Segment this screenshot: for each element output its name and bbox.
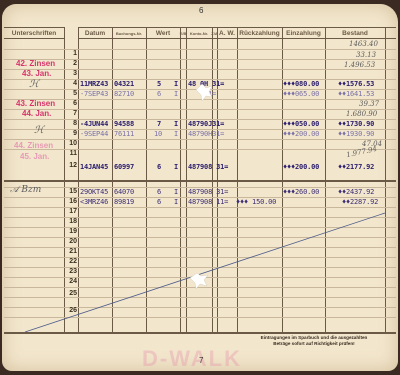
col-header-date: Datum — [78, 27, 112, 39]
entry-date: 29OKT45 — [80, 188, 108, 196]
entry-booking-no: 89819 — [114, 198, 134, 206]
col-header-deposit: Einzahlung — [282, 27, 325, 39]
entry-deposit: ♦♦♦080.00 — [283, 80, 319, 88]
interest-stamp: 44. Zinsen — [14, 141, 53, 150]
entry-booking-no: 64070 — [114, 188, 134, 196]
entry-date: 11MRZ43 — [80, 80, 108, 88]
entry-code: I — [174, 198, 178, 206]
entry-code: I — [174, 130, 178, 138]
entry-balance: ♦♦2437.92 — [338, 188, 374, 196]
row-number: 25 — [65, 290, 77, 297]
interest-stamp: 42. Zinsen — [16, 59, 55, 68]
row-number: 15 — [65, 188, 77, 195]
row-number: 21 — [65, 248, 77, 255]
entry-booking-no: 60997 — [114, 163, 134, 171]
year-stamp: 44. Jan. — [22, 109, 51, 118]
entry-date: <3MRZ46 — [80, 198, 108, 206]
entry-code: I — [174, 80, 178, 88]
col-header-value: Wert — [146, 27, 180, 39]
row-line — [4, 317, 396, 318]
entry-value: 5 — [157, 80, 161, 88]
handwritten-balance: 1463.40 — [349, 40, 378, 48]
entry-account: 487908 11= — [188, 198, 228, 206]
row-line — [4, 237, 396, 238]
row-number: 3 — [65, 70, 77, 77]
row-line — [4, 257, 396, 258]
page-number-top: 6 — [199, 6, 203, 15]
row-number: 8 — [65, 120, 77, 127]
entry-withdrawal: ♦♦♦ 150.00 — [236, 198, 276, 206]
row-number: 2 — [65, 60, 77, 67]
entry-deposit: ♦♦♦200.00 — [283, 163, 319, 171]
row-line — [4, 217, 396, 218]
row-number: 7 — [65, 110, 77, 117]
row-line — [4, 297, 396, 298]
signature: ℋ — [34, 125, 44, 136]
footer-notice: Eintragungen im Sparbuch und die ausgeza… — [234, 335, 394, 347]
page-number-bottom: 7 — [199, 356, 203, 365]
entry-balance: ♦♦1730.90 — [338, 120, 374, 128]
entry-booking-no: 76111 — [114, 130, 134, 138]
row-line — [4, 307, 396, 308]
page-fold-line — [4, 180, 396, 182]
row-number: 5 — [65, 90, 77, 97]
entry-booking-no: 82710 — [114, 90, 134, 98]
entry-booking-no: 94588 — [114, 120, 134, 128]
row-number: 11 — [65, 150, 77, 157]
row-line — [4, 267, 396, 268]
entry-account: 48790J31= — [188, 120, 224, 128]
entry-account: 487908 31= — [188, 163, 228, 171]
row-number: 10 — [65, 140, 77, 147]
entry-date: -7SEP43 — [80, 90, 108, 98]
savings-book-page: 6 Unterschriften Datum Buchungs-Nr. Wert… — [2, 4, 398, 371]
entry-deposit: ♦♦♦260.00 — [283, 188, 319, 196]
entry-balance: ♦♦1576.53 — [338, 80, 374, 88]
row-line — [4, 69, 396, 70]
entry-value: 10 — [154, 130, 162, 138]
entry-deposit: ♦♦♦200.00 — [283, 130, 319, 138]
row-line — [4, 99, 396, 100]
entry-deposit: ♦♦♦065.00 — [283, 90, 319, 98]
footer-notice-line2: Beträge sofort auf Richtigkeit prüfen! — [234, 341, 394, 347]
handwritten-balance: 1.977.94 — [346, 145, 378, 159]
row-line — [4, 287, 396, 288]
entry-booking-no: 04321 — [114, 80, 134, 88]
handwritten-balance: 33.13 — [356, 51, 376, 59]
entry-date: -4JUN44 — [80, 120, 108, 128]
row-number: 6 — [65, 100, 77, 107]
row-line — [4, 149, 396, 150]
row-number: 18 — [65, 218, 77, 225]
row-line — [4, 277, 396, 278]
entry-value: 7 — [157, 120, 161, 128]
entry-account: 487908 31= — [188, 188, 228, 196]
entry-value: 6 — [157, 188, 161, 196]
row-number: 17 — [65, 208, 77, 215]
row-line — [4, 59, 396, 60]
row-line — [4, 49, 396, 50]
entry-value: 6 — [157, 198, 161, 206]
entry-code: I — [174, 120, 178, 128]
col-header-blank — [385, 27, 396, 39]
row-number: 19 — [65, 228, 77, 235]
row-line — [4, 207, 396, 208]
row-number: 26 — [65, 307, 77, 314]
col-header-withdrawal: Rückzahlung — [237, 27, 282, 39]
col-header-balance: Bestand — [325, 27, 385, 39]
handwritten-balance: 1.680.90 — [346, 110, 377, 118]
handwritten-balance: 1.496.53 — [344, 61, 375, 69]
entry-balance: ♦♦1641.53 — [338, 90, 374, 98]
row-line — [4, 227, 396, 228]
entry-code: I — [174, 188, 178, 196]
entry-balance: ♦♦2287.92 — [342, 198, 378, 206]
row-number: 4 — [65, 80, 77, 87]
year-stamp: 45. Jan. — [20, 152, 49, 161]
row-number: 16 — [65, 198, 77, 205]
row-number: 20 — [65, 238, 77, 245]
row-line — [4, 109, 396, 110]
col-header-booking-no: Buchungs-Nr. — [112, 27, 146, 39]
entry-code: I — [174, 163, 178, 171]
row-line — [4, 247, 396, 248]
entry-deposit: ♦♦♦050.00 — [283, 120, 319, 128]
row-number: 23 — [65, 268, 77, 275]
entry-code: I — [174, 90, 178, 98]
row-number: 12 — [65, 162, 77, 169]
entry-account: 48 0H 31= — [188, 80, 224, 88]
table-bottom-line — [4, 332, 396, 334]
entry-value: 6 — [157, 90, 161, 98]
entry-date: 14JAN45 — [80, 163, 108, 171]
entry-account: 31= — [204, 90, 216, 98]
entry-account: 48790H31= — [188, 130, 224, 138]
entry-value: 6 — [157, 163, 161, 171]
entry-balance: ♦♦2177.92 — [338, 163, 374, 171]
row-line — [4, 139, 396, 140]
row-number: 22 — [65, 258, 77, 265]
background-stamp: D-WALK — [142, 346, 242, 371]
col-header-signatures: Unterschriften — [4, 27, 64, 39]
row-number: 9 — [65, 130, 77, 137]
handwritten-balance: 39.37 — [359, 100, 379, 108]
row-number: 24 — [65, 278, 77, 285]
year-stamp: 43. Jan. — [22, 69, 51, 78]
row-number: 1 — [65, 50, 77, 57]
col-header-account-no: Konto-Nr. — [186, 27, 212, 39]
col-header-aw: A. W. — [217, 27, 237, 39]
entry-date: -9SEP44 — [80, 130, 108, 138]
signature: 𝒜 Bzm — [10, 185, 41, 195]
signature: ℋ — [29, 79, 39, 90]
entry-balance: ♦♦1930.90 — [338, 130, 374, 138]
interest-stamp: 43. Zinsen — [16, 99, 55, 108]
